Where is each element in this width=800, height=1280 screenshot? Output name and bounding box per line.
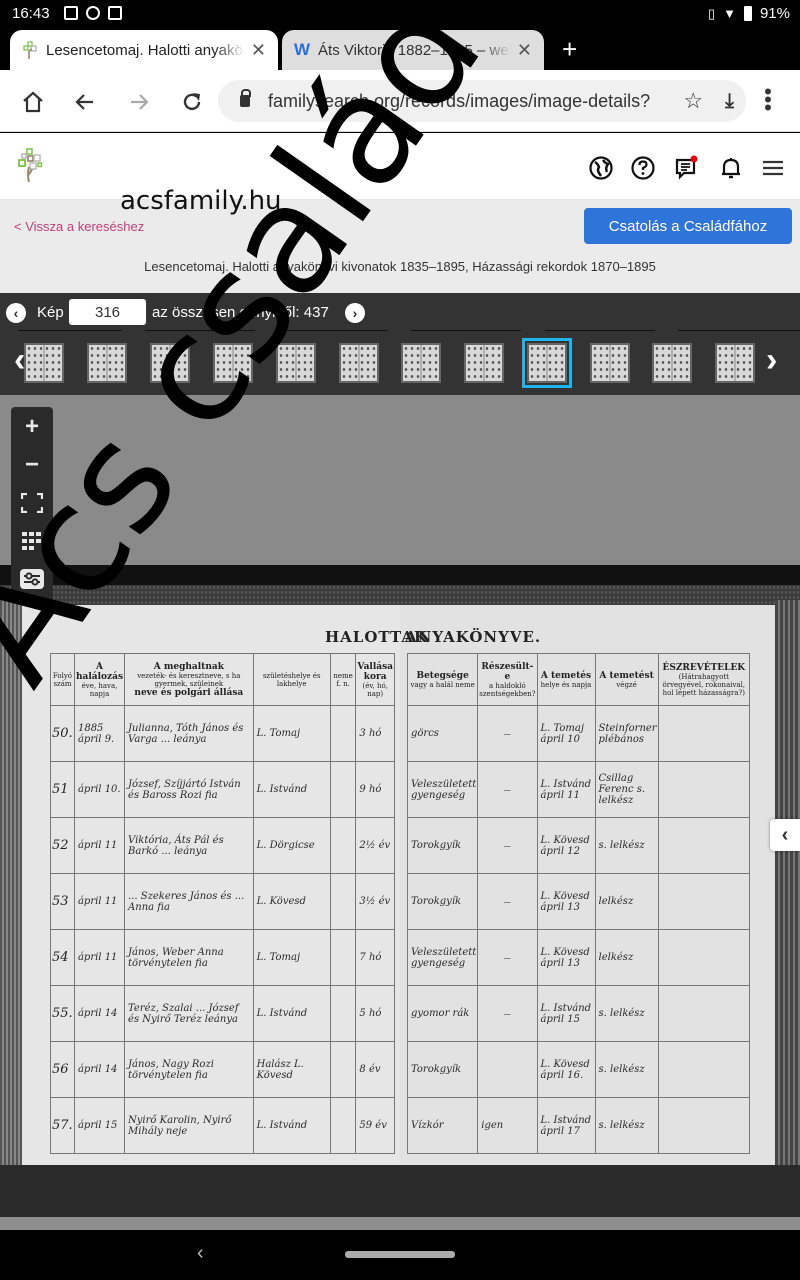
vibrate-icon: ▯ xyxy=(708,6,715,22)
clock: 16:43 xyxy=(12,5,50,22)
familysearch-tree-icon xyxy=(22,41,38,59)
image-top-edge xyxy=(0,565,800,585)
edit-icon xyxy=(108,6,122,20)
zoom-out-button[interactable]: − xyxy=(11,447,53,483)
table-row: 50.1885 ápril 9.Julianna, Tóth János és … xyxy=(51,706,395,762)
divider xyxy=(278,330,388,331)
download-icon[interactable]: ⤓ xyxy=(725,90,734,113)
table-row: TorokgyíkL. Kövesd ápril 16.s. lelkész xyxy=(408,1042,750,1098)
table-row: Veleszületett gyengeség—L. Istvánd ápril… xyxy=(408,762,750,818)
thumbnail[interactable] xyxy=(150,343,190,383)
col-officiant: A temetéstvégzé xyxy=(595,654,658,706)
battery-level: 91% xyxy=(760,5,790,22)
book-edge-left xyxy=(0,600,24,1170)
thumbnail[interactable] xyxy=(401,343,441,383)
status-bar: 16:43 ▯ ▼ 91% xyxy=(0,0,800,28)
col-cause: Betegségevagy a halál neme xyxy=(408,654,478,706)
table-row: 57.ápril 15Nyirő Karolin, Nyirő Mihály n… xyxy=(51,1098,395,1154)
home-gesture-pill[interactable] xyxy=(345,1251,455,1258)
reload-icon[interactable] xyxy=(177,90,207,114)
table-row: 56ápril 14János, Nagy Rozi törvénytelen … xyxy=(51,1042,395,1098)
table-row: VízkórigenL. Istvánd ápril 17s. lelkész xyxy=(408,1098,750,1154)
tab-strip: Lesencetomaj. Halotti anyakönyvi kivonat… xyxy=(0,28,800,70)
zoom-in-button[interactable]: + xyxy=(11,409,53,445)
back-to-search-link[interactable]: < Vissza a kereséshez xyxy=(14,219,144,234)
viewer-controls: + − xyxy=(11,407,53,601)
image-bottom-edge xyxy=(0,1165,800,1217)
thumbnail-selected[interactable] xyxy=(527,343,567,383)
image-total-label: az összesen ennyiből: 437 xyxy=(152,304,329,321)
android-navigation-bar: ‹ xyxy=(0,1230,800,1280)
tab-title: Áts Viktoria 1882–1885 – webtrees xyxy=(318,42,511,59)
collection-title: Lesencetomaj. Halotti anyakönyvi kivonat… xyxy=(0,259,800,274)
thumbnails-next-icon[interactable]: › xyxy=(766,341,777,380)
table-row: 52ápril 11Viktória, Áts Pál és Barkó ...… xyxy=(51,818,395,874)
thumbnails-prev-icon[interactable]: ‹ xyxy=(14,341,25,380)
book-edge-right xyxy=(775,600,800,1170)
browser-toolbar: familysearch.org/records/images/image-de… xyxy=(0,70,800,132)
ledger-heading-right: ANYAKÖNYVE. xyxy=(405,628,541,646)
divider xyxy=(545,330,655,331)
back-icon[interactable] xyxy=(70,90,100,114)
col-sex: nemef. n. xyxy=(330,654,356,706)
gallery-icon xyxy=(64,6,78,20)
home-icon[interactable] xyxy=(18,90,48,114)
tab-title: Lesencetomaj. Halotti anyakönyvi kivonat… xyxy=(46,42,245,59)
thumbnail[interactable] xyxy=(87,343,127,383)
col-name: A meghaltnakvezeték- és keresztneve, s h… xyxy=(125,654,254,706)
col-remarks: ÉSZREVÉTELEK(Hátrahagyott örvegyével, ro… xyxy=(658,654,749,706)
lock-icon xyxy=(240,95,250,107)
thumbnail-strip: ‹ › xyxy=(0,339,800,389)
table-row: gyomor rák—L. Istvánd ápril 15s. lelkész xyxy=(408,986,750,1042)
tab-webtrees[interactable]: W Áts Viktoria 1882–1885 – webtrees ✕ xyxy=(282,30,544,70)
viewer-bottom-strip xyxy=(0,1217,800,1230)
overlay-watermark-text: acsfamily.hu xyxy=(120,186,282,216)
grid-icon xyxy=(22,532,42,550)
thumbnail[interactable] xyxy=(24,343,64,383)
table-row: Veleszületett gyengeség—L. Kövesd ápril … xyxy=(408,930,750,986)
messages-icon[interactable] xyxy=(674,155,700,181)
tab-familysearch[interactable]: Lesencetomaj. Halotti anyakönyvi kivonat… xyxy=(10,30,278,70)
browser-menu-icon[interactable]: ••• xyxy=(758,88,778,112)
sliders-icon xyxy=(20,569,44,589)
col-serial: Folyó szám xyxy=(51,654,75,706)
table-row: 53ápril 11... Szekeres János és ... Anna… xyxy=(51,874,395,930)
fullscreen-button[interactable] xyxy=(11,485,53,521)
image-adjust-button[interactable] xyxy=(11,561,53,597)
notifications-icon[interactable] xyxy=(718,155,744,181)
col-religion-age: Vallásakora(év, hó, nap) xyxy=(356,654,395,706)
thumbnail[interactable] xyxy=(339,343,379,383)
table-row: 54ápril 11János, Weber Anna törvénytelen… xyxy=(51,930,395,986)
image-viewer-canvas[interactable]: HALOTTAK ANYAKÖNYVE. Folyó szám A halálo… xyxy=(0,395,800,1230)
thumbnail[interactable] xyxy=(276,343,316,383)
system-back-icon[interactable]: ‹ xyxy=(197,1242,204,1265)
forward-icon[interactable] xyxy=(124,90,154,114)
divider xyxy=(145,330,255,331)
close-tab-icon[interactable]: ✕ xyxy=(251,40,266,61)
battery-icon xyxy=(744,6,752,21)
table-row: Torokgyík—L. Kövesd ápril 13lelkész xyxy=(408,874,750,930)
unread-badge xyxy=(691,156,698,163)
divider xyxy=(18,330,122,331)
death-register-right-table: Betegségevagy a halál neme Részesült-ea … xyxy=(407,653,750,1154)
url-text[interactable]: familysearch.org/records/images/image-de… xyxy=(268,91,683,112)
wifi-icon: ▼ xyxy=(723,6,736,21)
table-row: Torokgyík—L. Kövesd ápril 12s. lelkész xyxy=(408,818,750,874)
close-tab-icon[interactable]: ✕ xyxy=(517,40,532,61)
col-sacraments: Részesült-ea haldokló szentségekben? xyxy=(478,654,537,706)
screen: 16:43 ▯ ▼ 91% Lesencetomaj. Halotti anya… xyxy=(0,0,800,1280)
chat-bubble-icon xyxy=(86,6,100,20)
image-navigator: ‹ Kép az összesen ennyiből: 437 › ‹ › xyxy=(0,293,800,395)
image-number-input[interactable] xyxy=(69,299,146,325)
thumbnail[interactable] xyxy=(652,343,692,383)
table-row: görcs—L. Tomaj ápril 10Steinforner plébá… xyxy=(408,706,750,762)
help-icon[interactable] xyxy=(630,155,656,181)
table-row: 55.ápril 14Teréz, Szalai ... József és N… xyxy=(51,986,395,1042)
hamburger-menu-icon[interactable] xyxy=(760,155,786,181)
familysearch-logo[interactable] xyxy=(16,147,46,183)
thumbnail[interactable] xyxy=(590,343,630,383)
bookmark-star-icon[interactable]: ☆ xyxy=(683,88,703,114)
attach-to-tree-button[interactable]: Csatolás a Családfához xyxy=(584,208,792,244)
address-bar[interactable]: familysearch.org/records/images/image-de… xyxy=(218,80,746,122)
col-burial: A temetéshelye és napja xyxy=(537,654,595,706)
thumbnail[interactable] xyxy=(213,343,253,383)
divider xyxy=(411,330,521,331)
col-birthplace: születéshelye és lakhelye xyxy=(253,654,330,706)
divider xyxy=(678,330,800,331)
table-row: 51ápril 10.József, Szíjjártó István és B… xyxy=(51,762,395,818)
image-label: Kép xyxy=(37,304,64,321)
globe-icon[interactable] xyxy=(588,155,614,181)
thumbnail[interactable] xyxy=(464,343,504,383)
death-register-left-table: Folyó szám A halálozáséve, hava, napja A… xyxy=(50,653,395,1154)
col-death-date: A halálozáséve, hava, napja xyxy=(74,654,124,706)
grid-view-button[interactable] xyxy=(11,523,53,559)
new-tab-button[interactable]: + xyxy=(562,34,577,65)
thumbnail[interactable] xyxy=(715,343,755,383)
side-panel-toggle[interactable]: ‹ xyxy=(770,819,800,851)
previous-image-button[interactable]: ‹ xyxy=(6,303,26,323)
next-image-button[interactable]: › xyxy=(345,303,365,323)
w-icon: W xyxy=(294,40,310,60)
fullscreen-icon xyxy=(21,493,43,513)
